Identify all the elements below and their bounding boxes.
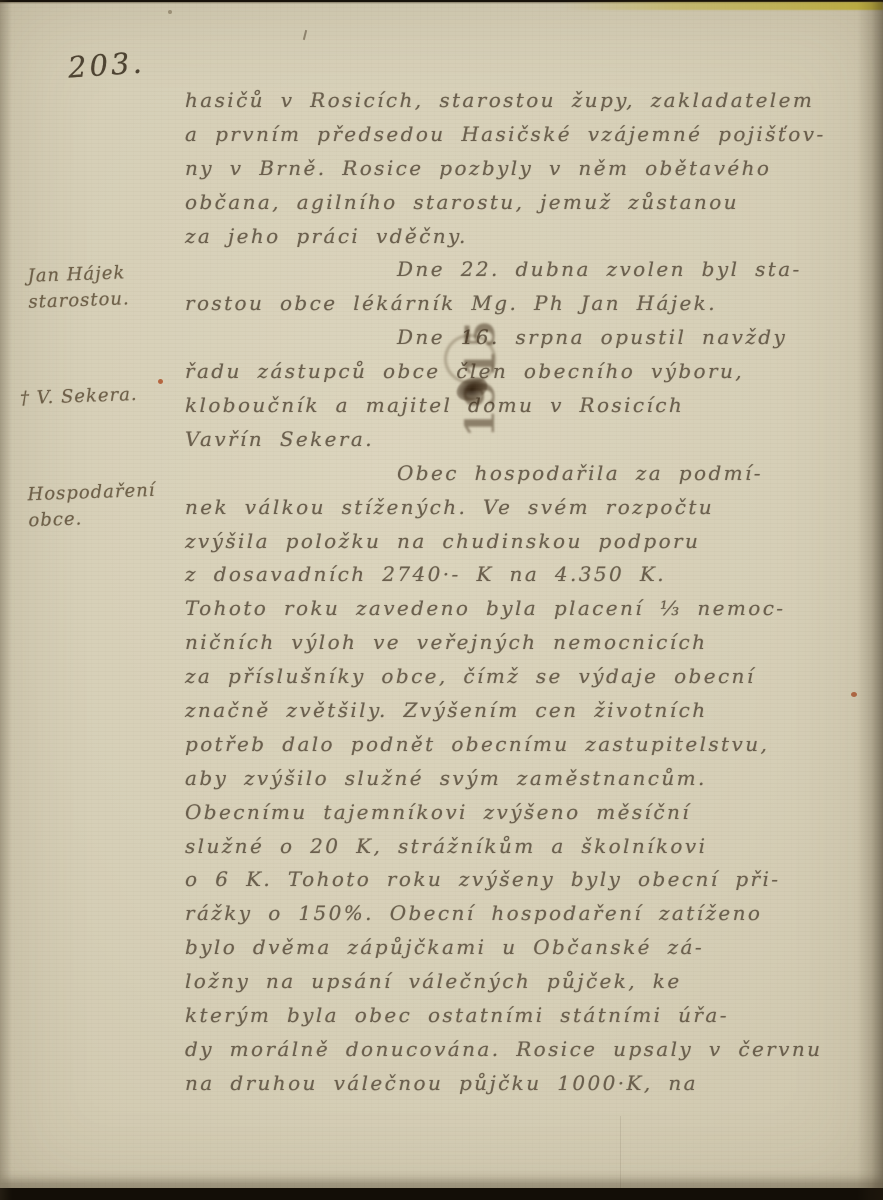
paper-crease (620, 1116, 621, 1196)
margin-note-hospodareni-obce: Hospodaření obce. (27, 478, 157, 534)
handwritten-line: nek válkou stížených. Ve svém rozpočtu (185, 491, 875, 525)
handwritten-line: bylo dvěma zápůjčkami u Občanské zá- (185, 931, 875, 965)
handwritten-line: Vavřín Sekera. (185, 423, 875, 457)
margin-note-jan-hajek: Jan Hájek starostou. (27, 260, 130, 316)
body-text: hasičů v Rosicích, starostou župy, zakla… (185, 84, 875, 1101)
handwritten-line: z dosavadních 2740·- K na 4.350 K. (185, 558, 875, 592)
handwritten-line: občana, agilního starostu, jemuž zůstano… (185, 186, 875, 220)
handwritten-line: o 6 K. Tohoto roku zvýšeny byly obecní p… (185, 863, 875, 897)
handwritten-line: za jeho práci vděčny. (185, 220, 875, 254)
margin-note-line: obce. (28, 504, 157, 534)
handwritten-line: hasičů v Rosicích, starostou župy, zakla… (185, 84, 875, 118)
handwritten-line: potřeb dalo podnět obecnímu zastupitelst… (185, 728, 875, 762)
margin-note-line: Hospodaření (27, 478, 156, 508)
handwritten-line: rážky o 150%. Obecní hospodaření zatížen… (185, 897, 875, 931)
handwritten-line: Dne 22. dubna zvolen byl sta- (185, 253, 875, 287)
ink-speck (168, 10, 172, 14)
handwritten-line: ny v Brně. Rosice pozbyly v něm obětavéh… (185, 152, 875, 186)
margin-note-line: † V. Sekera. (20, 382, 138, 412)
handwritten-line: značně zvětšily. Zvýšením cen životních (185, 694, 875, 728)
handwritten-line: řadu zástupců obce člen obecního výboru, (185, 355, 875, 389)
handwritten-line: rostou obce lékárník Mg. Ph Jan Hájek. (185, 287, 875, 321)
page-edge-right (857, 0, 883, 1200)
page-edge-left (0, 0, 12, 1200)
handwritten-line: Obec hospodařila za podmí- (185, 457, 875, 491)
handwritten-line: dy morálně donucována. Rosice upsaly v č… (185, 1033, 875, 1067)
handwritten-line: služné o 20 K, strážníkům a školníkovi (185, 830, 875, 864)
handwritten-line: ničních výloh ve veřejných nemocnicích (185, 626, 875, 660)
handwritten-line: kloboučník a majitel domu v Rosicích (185, 389, 875, 423)
margin-note-line: starostou. (28, 286, 130, 316)
page-number: 203. (67, 45, 146, 84)
handwritten-line: ložny na upsání válečných půjček, ke (185, 965, 875, 999)
margin-note-line: Jan Hájek (27, 260, 129, 290)
handwritten-line: Obecnímu tajemníkovi zvýšeno měsíční (185, 796, 875, 830)
handwritten-line: na druhou válečnou půjčku 1000·K, na (185, 1067, 875, 1101)
handwritten-line: Tohoto roku zavedeno byla placení ⅓ nemo… (185, 592, 875, 626)
manuscript-page: 203. Jan Hájek starostou. † V. Sekera. H… (0, 0, 883, 1200)
handwritten-line: aby zvýšilo služné svým zaměstnancům. (185, 762, 875, 796)
page-edge-gilt (560, 2, 883, 10)
stray-pen-mark (303, 30, 307, 40)
margin-note-v-sekera: † V. Sekera. (20, 382, 138, 412)
handwritten-line: a prvním předsedou Hasičské vzájemné poj… (185, 118, 875, 152)
rust-speck (158, 379, 163, 384)
handwritten-line: kterým byla obec ostatními státními úřa- (185, 999, 875, 1033)
handwritten-line: za příslušníky obce, čímž se výdaje obec… (185, 660, 875, 694)
handwritten-line: Dne 16. srpna opustil navždy (185, 321, 875, 355)
page-edge-bottom (0, 1188, 883, 1200)
handwritten-line: zvýšila položku na chudinskou podporu (185, 525, 875, 559)
